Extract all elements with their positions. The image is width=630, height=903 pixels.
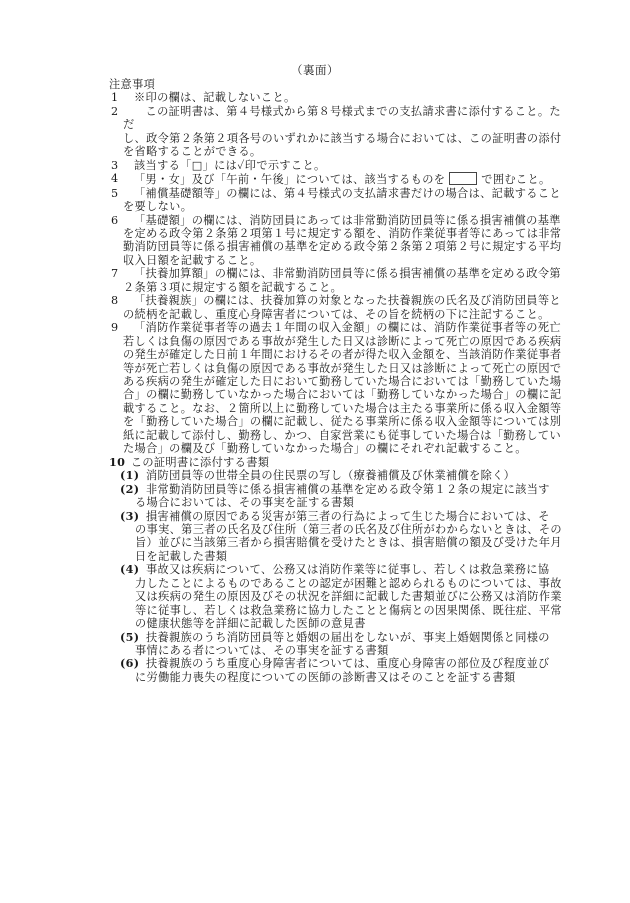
note-item-6: 6「基礎額」の欄には、消防団員にあっては非常勤消防団員等に係る損害補償の基準を定… [109,214,569,268]
item-text: この証明書に添付する書類 [123,456,569,469]
subitem-number: (1) [120,469,139,482]
text-line: この証明書は、第４号様式から第８号様式までの支払請求書に添付すること。ただ [123,105,569,132]
text-line: 非常勤消防団員等に係る損害補償の基準を定める政令第１２条の規定に該当す [135,483,569,496]
text-line: の続柄を記載し、重度心身障害者については、その旨を続柄の下に注記すること。 [123,308,569,321]
text-line: 「消防作業従事者等の過去１年間の収入金額」の欄には、消防作業従事者等の死亡 [123,321,569,334]
item-text: ※印の欄は、記載しないこと。 [123,91,569,104]
notes-list: 1※印の欄は、記載しないこと。2 この証明書は、第４号様式から第８号様式までの支… [109,91,569,455]
item-text: 「補償基礎額等」の欄には、第４号様式の支払請求書だけの場合は、記載することを要し… [123,187,569,214]
note-item-1: 1※印の欄は、記載しないこと。 [109,91,569,104]
item-text: 「男・女」及び「午前・午後」については、該当するものをで囲むこと。 [123,172,569,186]
note-item-9: 9「消防作業従事者等の過去１年間の収入金額」の欄には、消防作業従事者等の死亡若し… [109,321,569,456]
text-before-box: 「男・女」及び「午前・午後」については、該当するものを [134,173,445,186]
text-line: 「扶養加算額」の欄には、非常勤消防団員等に係る損害補償の基準を定める政令第 [123,267,569,280]
text-line: 勤消防団員等に係る損害補償の基準を定める政令第２条第２項第２号に規定する平均 [123,240,569,253]
item-number: 2 [111,105,118,118]
attachment-item-3: (3)損害補償の原因である災害が第三者の行為によって生じた場合においては、その事… [109,510,569,564]
subitem-text: 非常勤消防団員等に係る損害補償の基準を定める政令第１２条の規定に該当する場合にお… [135,483,569,510]
attachment-item-5: (5)扶養親族のうち消防団員等と婚姻の届出をしないが、事実上婚姻関係と同様の事情… [109,631,569,658]
item-number: 9 [111,321,118,334]
text-line: 扶養親族のうち消防団員等と婚姻の届出をしないが、事実上婚姻関係と同様の [135,631,569,644]
subitem-number: (6) [120,657,139,670]
notes-section: 注意事項 1※印の欄は、記載しないこと。2 この証明書は、第４号様式から第８号様… [109,78,569,684]
text-line: し、政令第２条第２項各号のいずれかに該当する場合においては、この証明書の添付 [123,132,569,145]
text-line: 紙に記載して添付し、勤務し、かつ、自家営業にも従事していた場合は「勤務してい [123,429,569,442]
text-line: を「勤務していた場合」の欄に記載し、従たる事業所に係る収入金額等については別 [123,415,569,428]
text-line: 事情にある者については、その事実を証する書類 [135,644,569,657]
item-text: この証明書は、第４号様式から第８号様式までの支払請求書に添付すること。ただし、政… [123,105,569,159]
item-number: 8 [111,294,118,307]
text-line: 等が死亡若しくは負傷の原因である事故が発生した日又は診断によって死亡の原因で [123,362,569,375]
text-line: 旨）並びに当該第三者から損害賠償を受けたときは、損害賠償の額及び受けた年月 [135,536,569,549]
item-text: 「基礎額」の欄には、消防団員にあっては非常勤消防団員等に係る損害補償の基準を定め… [123,214,569,268]
text-line: 「補償基礎額等」の欄には、第４号様式の支払請求書だけの場合は、記載すること [123,187,569,200]
text-line: 事故又は疾病について、公務又は消防作業等に従事し、若しくは救急業務に協 [135,563,569,576]
item-number: 6 [111,214,118,227]
text-line: の事実、第三者の氏名及び住所（第三者の氏名及び住所がわからないときは、その [135,523,569,536]
note-item-4: 4「男・女」及び「午前・午後」については、該当するものをで囲むこと。 [109,172,569,186]
text-line: 「基礎額」の欄には、消防団員にあっては非常勤消防団員等に係る損害補償の基準 [123,214,569,227]
attachment-item-4: (4)事故又は疾病について、公務又は消防作業等に従事し、若しくは救急業務に協力し… [109,563,569,630]
subitem-text: 消防団員等の世帯全員の住民票の写し（療養補償及び休業補償を除く） [135,469,569,482]
text-line: の健康状態等を詳細に記載した医師の意見書 [135,617,569,630]
subitem-text: 扶養親族のうち重度心身障害者については、重度心身障害の部位及び程度並びに労働能力… [135,657,569,684]
text-after-box: で囲むこと。 [481,173,550,186]
note-item-8: 8「扶養親族」の欄には、扶養加算の対象となった扶養親族の氏名及び消防団員等との続… [109,294,569,321]
item-text: 該当する「□」には✓印で示すこと。 [123,159,569,172]
item-number: 10 [109,456,125,469]
text-line: 力したことによるものであることの認定が困難と認められるものについては、事故 [135,577,569,590]
attachments-list: (1)消防団員等の世帯全員の住民票の写し（療養補償及び休業補償を除く）(2)非常… [109,469,569,684]
subitem-number: (4) [120,563,139,576]
text-line: 消防団員等の世帯全員の住民票の写し（療養補償及び休業補償を除く） [135,469,569,482]
text-line: 合」の欄に勤務していなかった場合においては「勤務していなかった場合」の欄に記 [123,388,569,401]
text-line: 「男・女」及び「午前・午後」については、該当するものをで囲むこと。 [123,172,569,186]
attachment-item-6: (6)扶養親族のうち重度心身障害者については、重度心身障害の部位及び程度並びに労… [109,657,569,684]
text-line: の発生が確定した日前１年間におけるその者が得た収入金額を、当該消防作業従事者 [123,348,569,361]
item-text: 「扶養親族」の欄には、扶養加算の対象となった扶養親族の氏名及び消防団員等との続柄… [123,294,569,321]
text-line: た場合」の欄及び「勤務していなかった場合」の欄にそれぞれ記載すること。 [123,442,569,455]
text-line: 日を記載した書類 [135,550,569,563]
text-line: を省略することができる。 [123,145,569,158]
text-line: 扶養親族のうち重度心身障害者については、重度心身障害の部位及び程度並び [135,657,569,670]
note-item-5: 5「補償基礎額等」の欄には、第４号様式の支払請求書だけの場合は、記載することを要… [109,187,569,214]
item-number: 7 [111,267,118,280]
subitem-number: (2) [120,483,139,496]
text-line: 又は疾病の発生の原因及びその状況を詳細に記載した書類並びに公務又は消防作業 [135,590,569,603]
text-line: 「扶養親族」の欄には、扶養加算の対象となった扶養親族の氏名及び消防団員等と [123,294,569,307]
notes-heading: 注意事項 [109,78,569,91]
subitem-text: 事故又は疾病について、公務又は消防作業等に従事し、若しくは救急業務に協力したこと… [135,563,569,630]
text-line: 載すること。なお、２箇所以上に勤務していた場合は主たる事業所に係る収入金額等 [123,402,569,415]
attachment-item-2: (2)非常勤消防団員等に係る損害補償の基準を定める政令第１２条の規定に該当する場… [109,483,569,510]
note-item-3: 3該当する「□」には✓印で示すこと。 [109,159,569,172]
enclosure-box-sample [449,172,477,185]
text-line: を定める政令第２条第２項第１号に規定する額を、消防作業従事者等にあっては非常 [123,227,569,240]
item-number: 5 [111,187,118,200]
text-line: 該当する「□」には✓印で示すこと。 [123,159,569,172]
subitem-number: (5) [120,631,139,644]
text-line: る場合においては、その事実を証する書類 [135,496,569,509]
note-item-7: 7「扶養加算額」の欄には、非常勤消防団員等に係る損害補償の基準を定める政令第２条… [109,267,569,294]
note-item-10: 10 この証明書に添付する書類 [109,456,569,469]
subitem-number: (3) [120,510,139,523]
item-text: 「扶養加算額」の欄には、非常勤消防団員等に係る損害補償の基準を定める政令第２条第… [123,267,569,294]
text-line: 若しくは負傷の原因である事故が発生した日又は診断によって死亡の原因である疾病 [123,335,569,348]
subitem-text: 扶養親族のうち消防団員等と婚姻の届出をしないが、事実上婚姻関係と同様の事情にある… [135,631,569,658]
item-number: 4 [111,172,118,185]
attachment-item-1: (1)消防団員等の世帯全員の住民票の写し（療養補償及び休業補償を除く） [109,469,569,482]
text-line: 損害補償の原因である災害が第三者の行為によって生じた場合においては、そ [135,510,569,523]
page-title: （裏面） [0,63,630,77]
document-page: （裏面） 注意事項 1※印の欄は、記載しないこと。2 この証明書は、第４号様式か… [0,0,630,903]
note-item-2: 2 この証明書は、第４号様式から第８号様式までの支払請求書に添付すること。ただし… [109,105,569,159]
item-number: 3 [111,159,118,172]
item-text: 「消防作業従事者等の過去１年間の収入金額」の欄には、消防作業従事者等の死亡若しく… [123,321,569,456]
text-line: ２条第３項に規定する額を記載すること。 [123,281,569,294]
text-line: に労働能力喪失の程度についての医師の診断書又はそのことを証する書類 [135,671,569,684]
text-line: ある疾病の発生が確定した日において勤務していた場合においては「勤務していた場 [123,375,569,388]
text-line: 等に従事し、若しくは救急業務に協力したことと傷病との因果関係、既往症、平常 [135,604,569,617]
text-line: ※印の欄は、記載しないこと。 [123,91,569,104]
item-number: 1 [111,91,118,104]
text-line: を要しない。 [123,200,569,213]
attachments-label: この証明書に添付する書類 [131,456,269,469]
text-line: 収入日額を記載すること。 [123,254,569,267]
subitem-text: 損害補償の原因である災害が第三者の行為によって生じた場合においては、その事実、第… [135,510,569,564]
